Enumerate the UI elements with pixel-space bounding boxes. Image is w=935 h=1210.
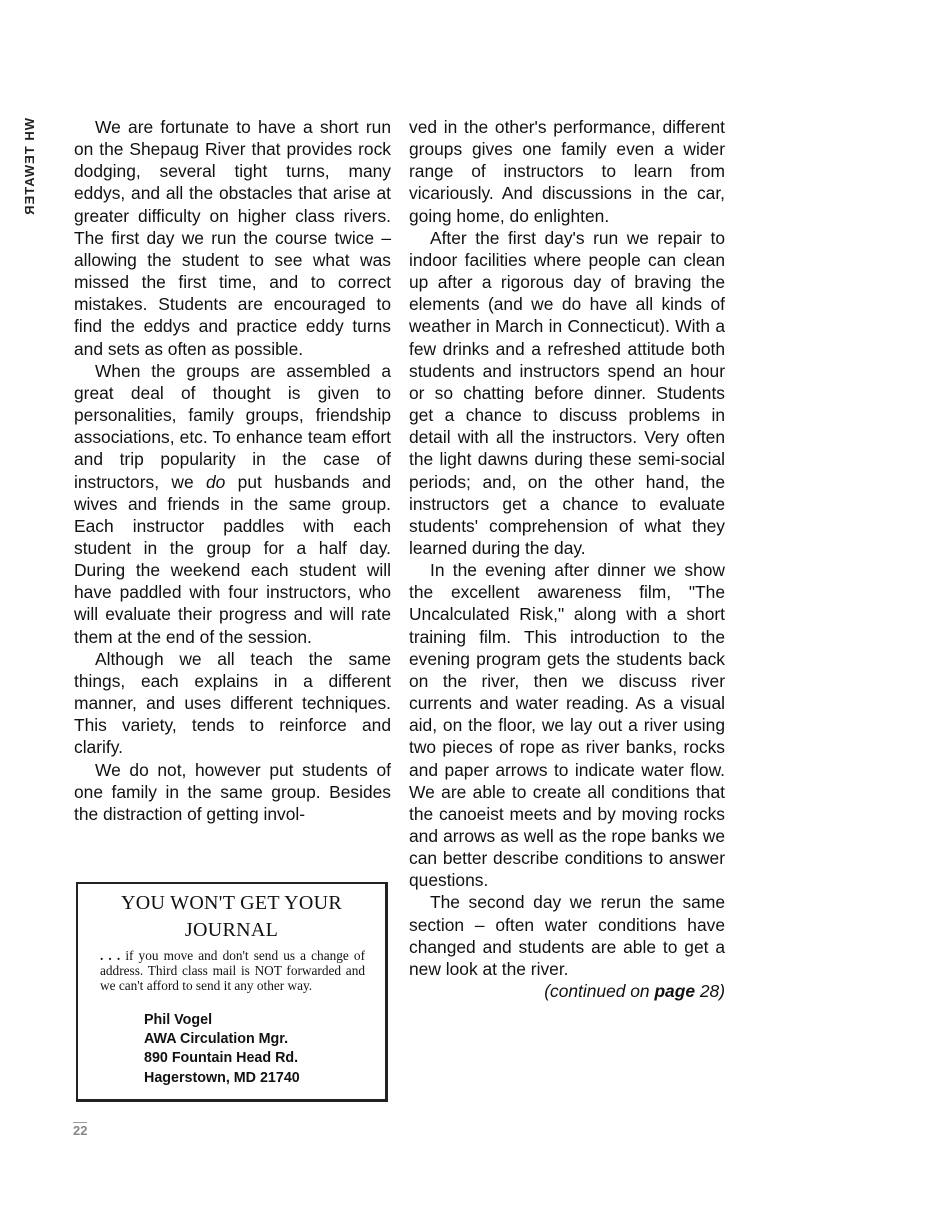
paragraph: We are fortunate to have a short run on … [74, 116, 391, 360]
paragraph: We do not, however put students of one f… [74, 759, 391, 825]
continued-page-word: page [654, 981, 695, 1001]
notice-text: if you move and don't send us a change o… [100, 948, 365, 993]
right-column: ved in the other's performance, differen… [409, 116, 725, 1002]
emphasis: do [206, 472, 225, 492]
paragraph: The second day we rerun the same section… [409, 891, 725, 980]
magazine-side-label: WH TEWATER [22, 118, 37, 216]
change-of-address-notice: YOU WON'T GET YOUR JOURNAL . . . if you … [76, 882, 388, 1102]
page-number: 22 [73, 1122, 87, 1138]
continued-prefix: (continued on [544, 981, 654, 1001]
ellipsis: . . . [100, 948, 120, 963]
address-line: 890 Fountain Head Rd. [144, 1049, 385, 1068]
continued-note: (continued on page 28) [409, 980, 725, 1002]
address-line: AWA Circulation Mgr. [144, 1030, 385, 1049]
paragraph: When the groups are assembled a great de… [74, 360, 391, 648]
left-column: We are fortunate to have a short run on … [74, 116, 391, 825]
paragraph: After the first day's run we repair to i… [409, 227, 725, 559]
notice-title: YOU WON'T GET YOUR JOURNAL [78, 890, 385, 944]
continued-page-number: 28) [695, 981, 725, 1001]
notice-body: . . . if you move and don't send us a ch… [100, 948, 365, 993]
mailing-address: Phil Vogel AWA Circulation Mgr. 890 Foun… [144, 1011, 385, 1088]
address-line: Hagerstown, MD 21740 [144, 1069, 385, 1088]
paragraph: Although we all teach the same things, e… [74, 648, 391, 759]
paragraph: ved in the other's performance, differen… [409, 116, 725, 227]
paragraph: In the evening after dinner we show the … [409, 559, 725, 891]
paragraph-text: put husbands and wives and friends in th… [74, 472, 391, 647]
address-line: Phil Vogel [144, 1011, 385, 1030]
